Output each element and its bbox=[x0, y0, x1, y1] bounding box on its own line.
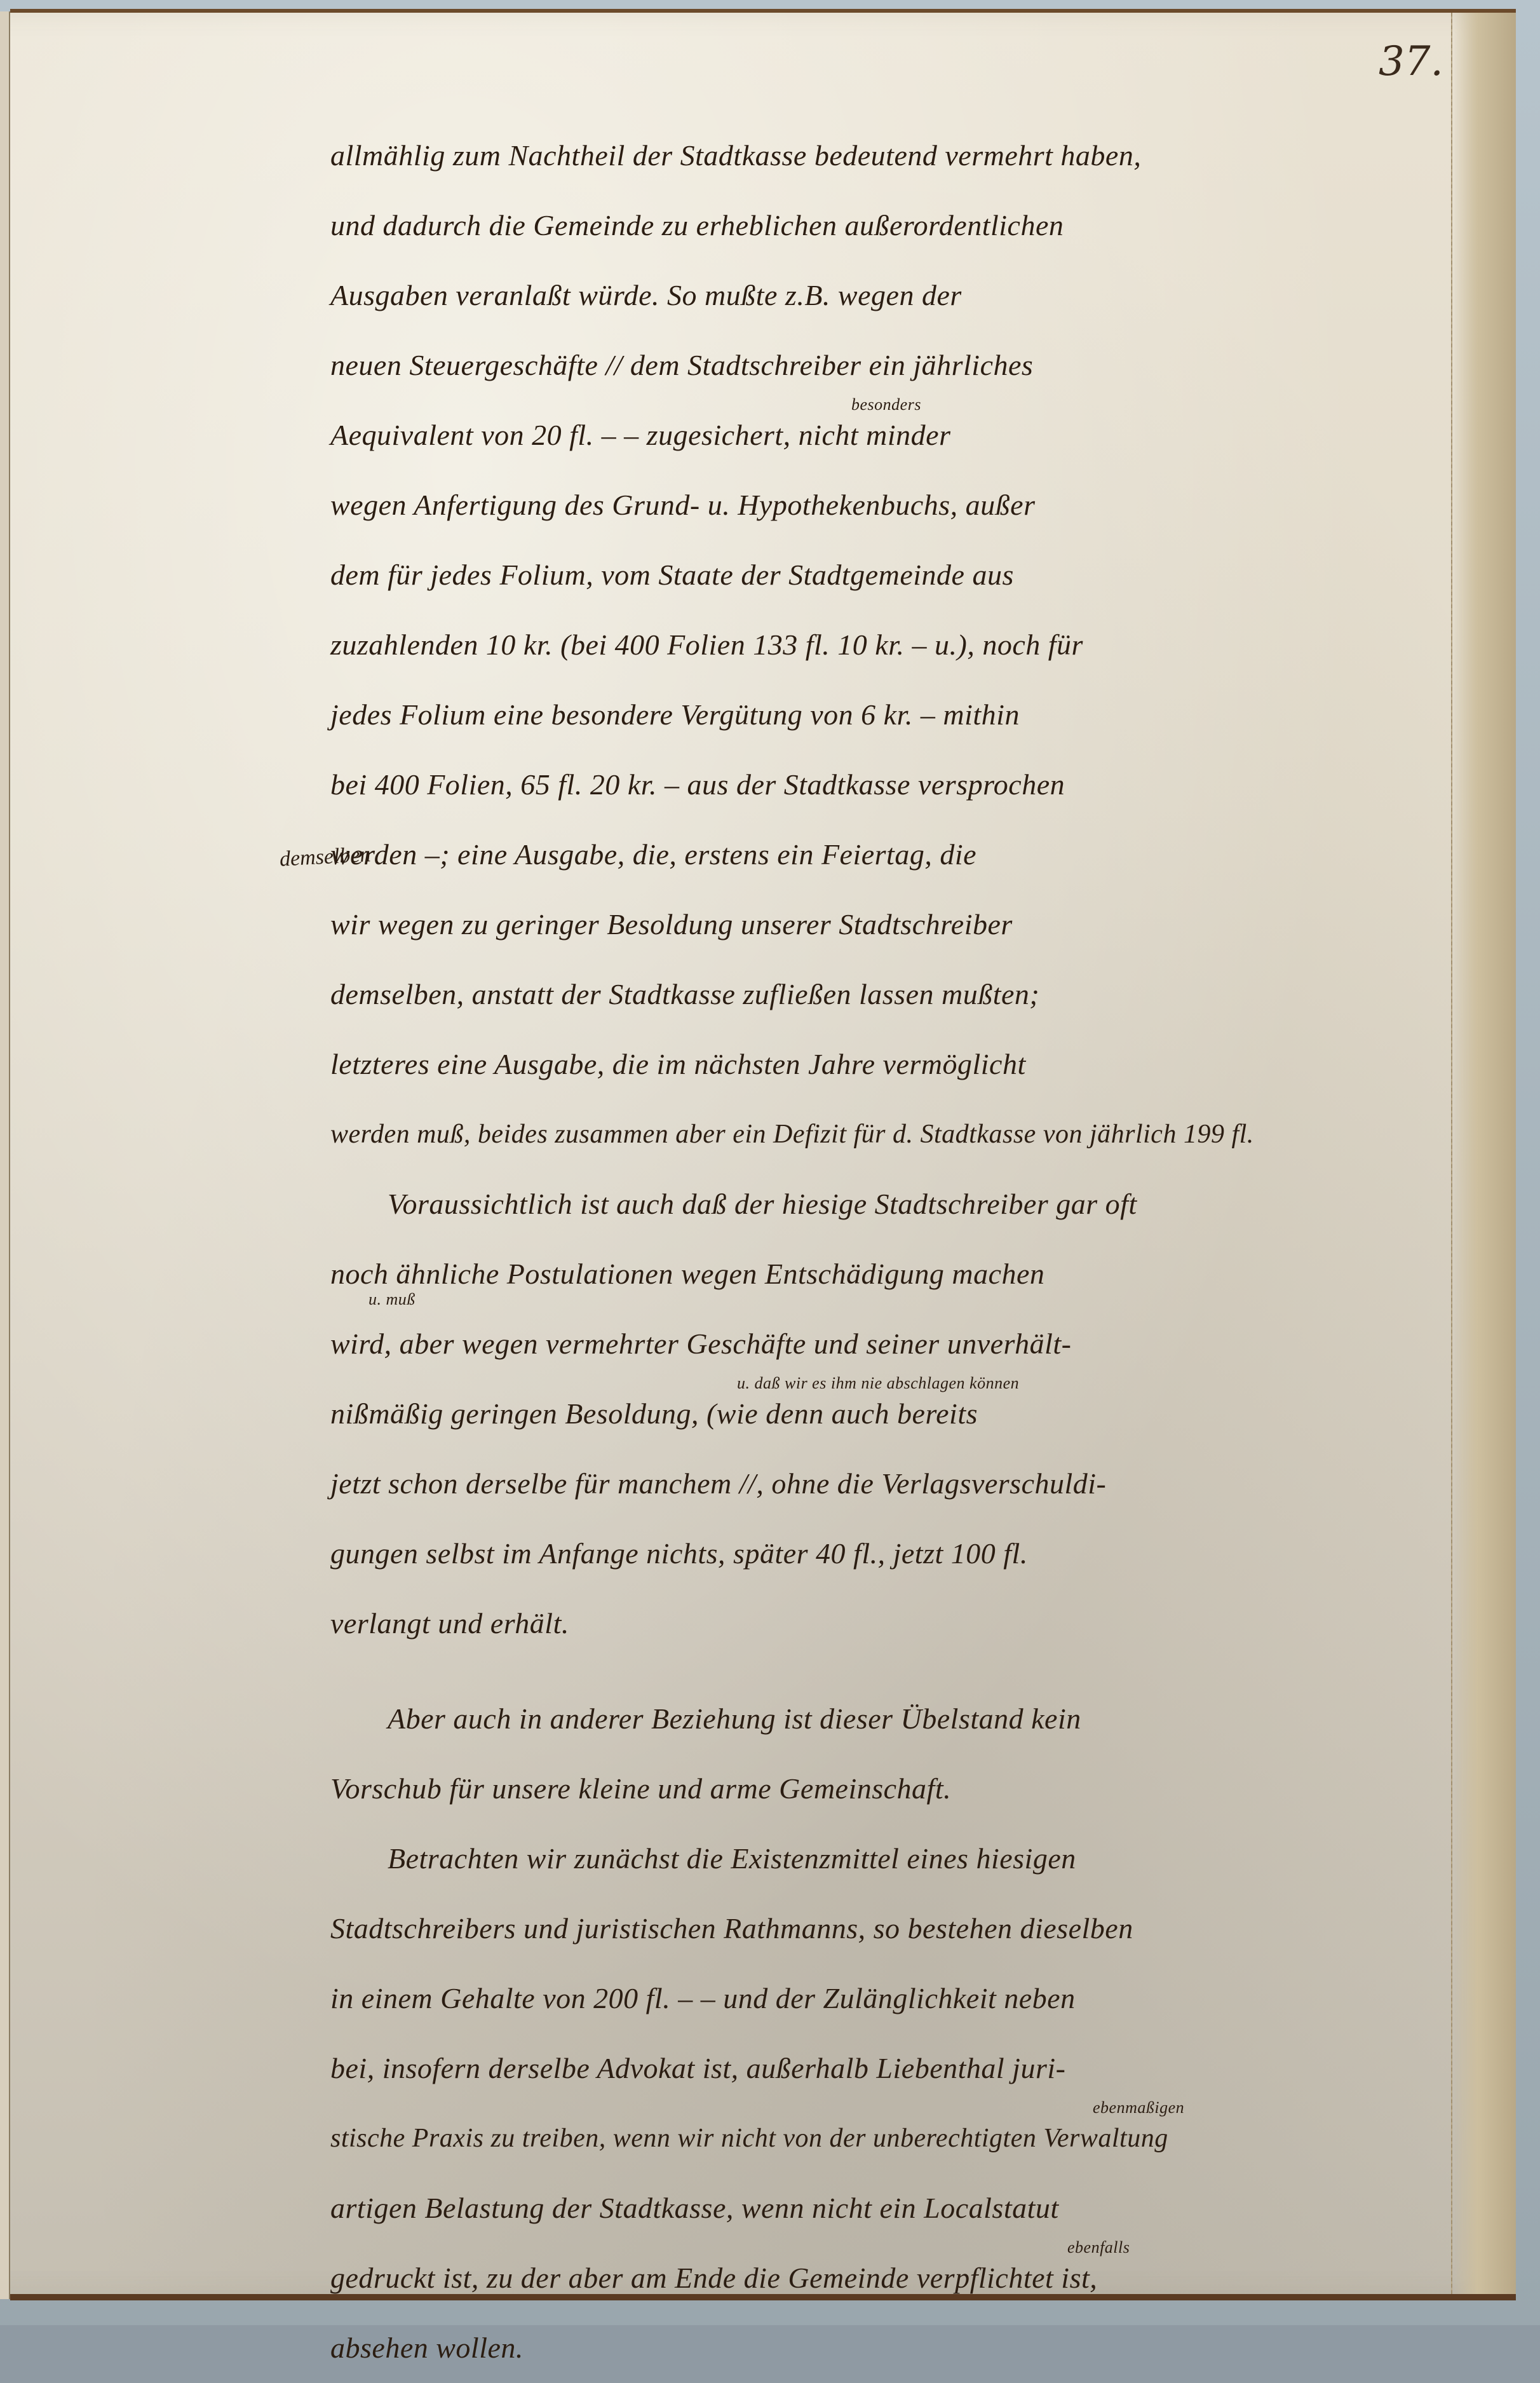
text-line: absehen wollen. bbox=[330, 2313, 1474, 2325]
text-line: in einem Gehalte von 200 fl. – – und der… bbox=[330, 1964, 1474, 2033]
text-line: ebenfalls gedruckt ist, zu der aber am E… bbox=[330, 2243, 1474, 2313]
text-line: letzteres eine Ausgabe, die im nächsten … bbox=[330, 1029, 1474, 1099]
text-line: ebenmaßigen stische Praxis zu treiben, w… bbox=[330, 2103, 1474, 2173]
text-line: werden muß, beides zusammen aber ein Def… bbox=[330, 1099, 1474, 1169]
text-line: u. muß noch ähnliche Postulationen wegen… bbox=[330, 1239, 1474, 1309]
text-line-content: Aequivalent von 20 fl. – – zugesichert, … bbox=[330, 419, 950, 451]
text-line: neuen Steuergeschäfte // dem Stadtschrei… bbox=[330, 330, 1474, 400]
interlinear-insertion: ebenmaßigen bbox=[1093, 2100, 1184, 2116]
text-line: jedes Folium eine besondere Vergütung vo… bbox=[330, 680, 1474, 750]
text-line-content: noch ähnliche Postulationen wegen Entsch… bbox=[330, 1258, 1044, 1290]
text-line: bei 400 Folien, 65 fl. 20 kr. – aus der … bbox=[330, 750, 1474, 820]
text-line: Voraussichtlich ist auch daß der hiesige… bbox=[330, 1169, 1474, 1239]
text-line: artigen Belastung der Stadtkasse, wenn n… bbox=[330, 2173, 1474, 2243]
text-line: demselben, anstatt der Stadtkasse zuflie… bbox=[330, 960, 1474, 1029]
manuscript-text: allmählig zum Nachtheil der Stadtkasse b… bbox=[330, 121, 1474, 2325]
previous-page-edge bbox=[0, 11, 11, 2299]
interlinear-insertion: u. daß wir es ihm nie abschlagen können bbox=[737, 1375, 1019, 1392]
text-line: bei, insofern derselbe Advokat ist, auße… bbox=[330, 2033, 1474, 2103]
text-line: Betrachten wir zunächst die Existenzmitt… bbox=[330, 1824, 1474, 1894]
text-line: u. daß wir es ihm nie abschlagen können … bbox=[330, 1379, 1474, 1449]
text-line: wegen Anfertigung des Grund- u. Hypothek… bbox=[330, 470, 1474, 540]
text-line-content: gedruckt ist, zu der aber am Ende die Ge… bbox=[330, 2262, 1097, 2294]
interlinear-insertion: besonders bbox=[851, 397, 921, 413]
text-line: und dadurch die Gemeinde zu erheblichen … bbox=[330, 191, 1474, 261]
text-line: verlangt und erhält. bbox=[330, 1589, 1474, 1659]
text-line: wir wegen zu geringer Besoldung unserer … bbox=[330, 890, 1474, 960]
text-line: werden –; eine Ausgabe, die, erstens ein… bbox=[330, 820, 1474, 890]
text-line: zuzahlenden 10 kr. (bei 400 Folien 133 f… bbox=[330, 610, 1474, 680]
text-line: Ausgaben veranlaßt würde. So mußte z.B. … bbox=[330, 261, 1474, 330]
text-line: Vorschub für unsere kleine und arme Geme… bbox=[330, 1754, 1474, 1824]
text-line-content: stische Praxis zu treiben, wenn wir nich… bbox=[330, 2124, 1168, 2153]
text-line: Aber auch in anderer Beziehung ist diese… bbox=[330, 1684, 1474, 1754]
text-line: besonders Aequivalent von 20 fl. – – zug… bbox=[330, 400, 1474, 470]
text-line: dem für jedes Folium, vom Staate der Sta… bbox=[330, 540, 1474, 610]
text-line: gungen selbst im Anfange nichts, später … bbox=[330, 1519, 1474, 1589]
text-line: wird, aber wegen vermehrter Geschäfte un… bbox=[330, 1309, 1474, 1379]
interlinear-insertion: ebenfalls bbox=[1067, 2239, 1130, 2256]
text-line-content: nißmäßig geringen Besoldung, (wie denn a… bbox=[330, 1397, 978, 1430]
text-line: jetzt schon derselbe für manchem //, ohn… bbox=[330, 1449, 1474, 1519]
interlinear-insertion: u. muß bbox=[368, 1291, 415, 1308]
text-line: Stadtschreibers und juristischen Rathman… bbox=[330, 1894, 1474, 1964]
text-line: allmählig zum Nachtheil der Stadtkasse b… bbox=[330, 121, 1474, 191]
page-number: 37. bbox=[1379, 38, 1443, 85]
